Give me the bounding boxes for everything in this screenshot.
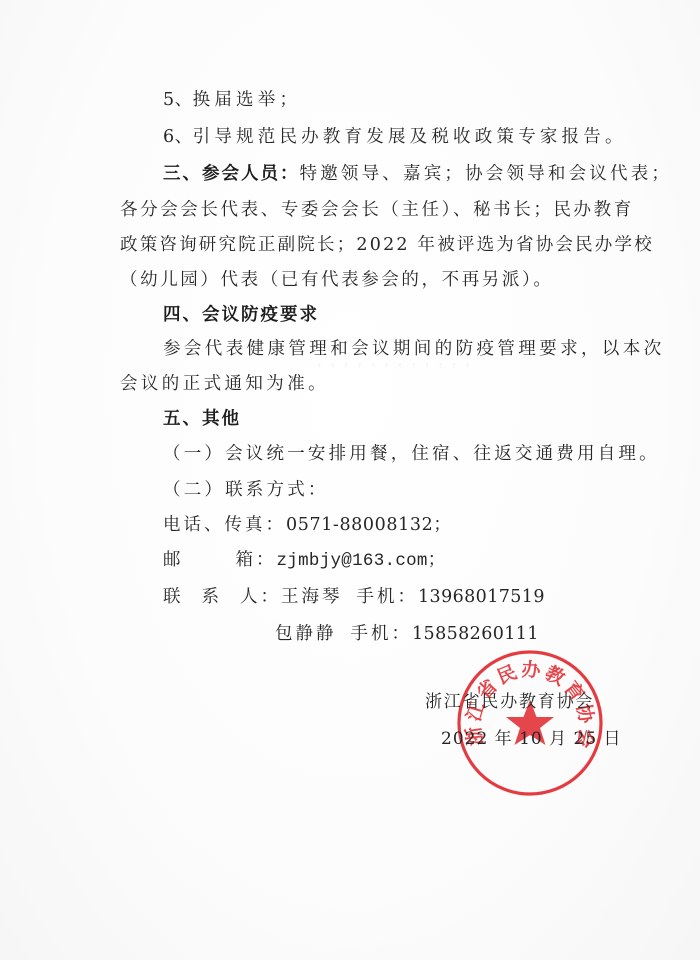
contact-name: 王海琴 xyxy=(281,587,343,607)
agenda-item-6: 6、引导规范民办教育发展及税收政策专家报告。 xyxy=(163,125,627,149)
section-5-item-2: （二）联系方式： xyxy=(163,478,329,502)
email-label-part1: 邮 xyxy=(163,550,184,570)
signature-organization: 浙江省民办教育协会 xyxy=(425,690,594,714)
section-4-line-1: 参会代表健康管理和会议期间的防疫管理要求，以本次 xyxy=(163,337,665,361)
section-3-line-4: （幼儿园）代表（已有代表参会的，不再另派）。 xyxy=(120,268,553,292)
mobile-label: 手机： xyxy=(351,624,413,644)
section-5-heading: 五、其他 xyxy=(163,407,241,431)
section-4-line-2: 会议的正式通知为准。 xyxy=(120,372,329,396)
mobile-number: 15858260111 xyxy=(412,624,539,644)
contact-label-part2: 系 xyxy=(202,587,223,607)
section-3-heading: 三、参会人员： xyxy=(163,164,300,184)
email-label-part2: 箱： xyxy=(236,550,277,570)
contact-phone: 电话、传真：0571-88008132； xyxy=(163,513,451,537)
phone-value: 0571-88008132； xyxy=(286,515,451,535)
section-3-line-2: 各分会会长代表、专委会会长（主任）、秘书长；民办教育 xyxy=(120,198,634,222)
mobile-label: 手机： xyxy=(357,587,419,607)
agenda-item-5: 5、换届选举； xyxy=(163,88,301,112)
section-3-line-3: 政策咨询研究院正副院长；2022 年被评选为省协会民办学校 xyxy=(120,233,654,257)
mobile-number: 13968017519 xyxy=(418,587,545,607)
signature-date: 2022 年 10 月 25 日 xyxy=(441,727,622,751)
contact-email: 邮箱：zjmbjy@163.com； xyxy=(163,548,446,573)
contact-person-1: 联系人：王海琴手机：13968017519 xyxy=(163,585,545,609)
official-seal-stamp: 浙江省民办教育协会 xyxy=(455,648,605,798)
contact-label-part1: 联 xyxy=(163,587,184,607)
contact-label-part3: 人： xyxy=(240,587,281,607)
contact-name: 包静静 xyxy=(275,624,337,644)
email-value[interactable]: zjmbjy@163.com； xyxy=(277,551,446,571)
section-4-heading: 四、会议防疫要求 xyxy=(163,303,319,327)
section-5-item-1: （一）会议统一安排用餐，住宿、往返交通费用自理。 xyxy=(163,442,660,466)
contact-person-2: 包静静手机：15858260111 xyxy=(275,622,539,646)
document-page: ，，，，，，，，，，，， 5、换届选举； 6、引导规范民办教育发展及税收政策专家… xyxy=(0,0,700,960)
section-3-first-line: 三、参会人员：特邀领导、嘉宾；协会领导和会议代表； xyxy=(163,162,672,186)
phone-label: 电话、传真： xyxy=(163,515,286,535)
